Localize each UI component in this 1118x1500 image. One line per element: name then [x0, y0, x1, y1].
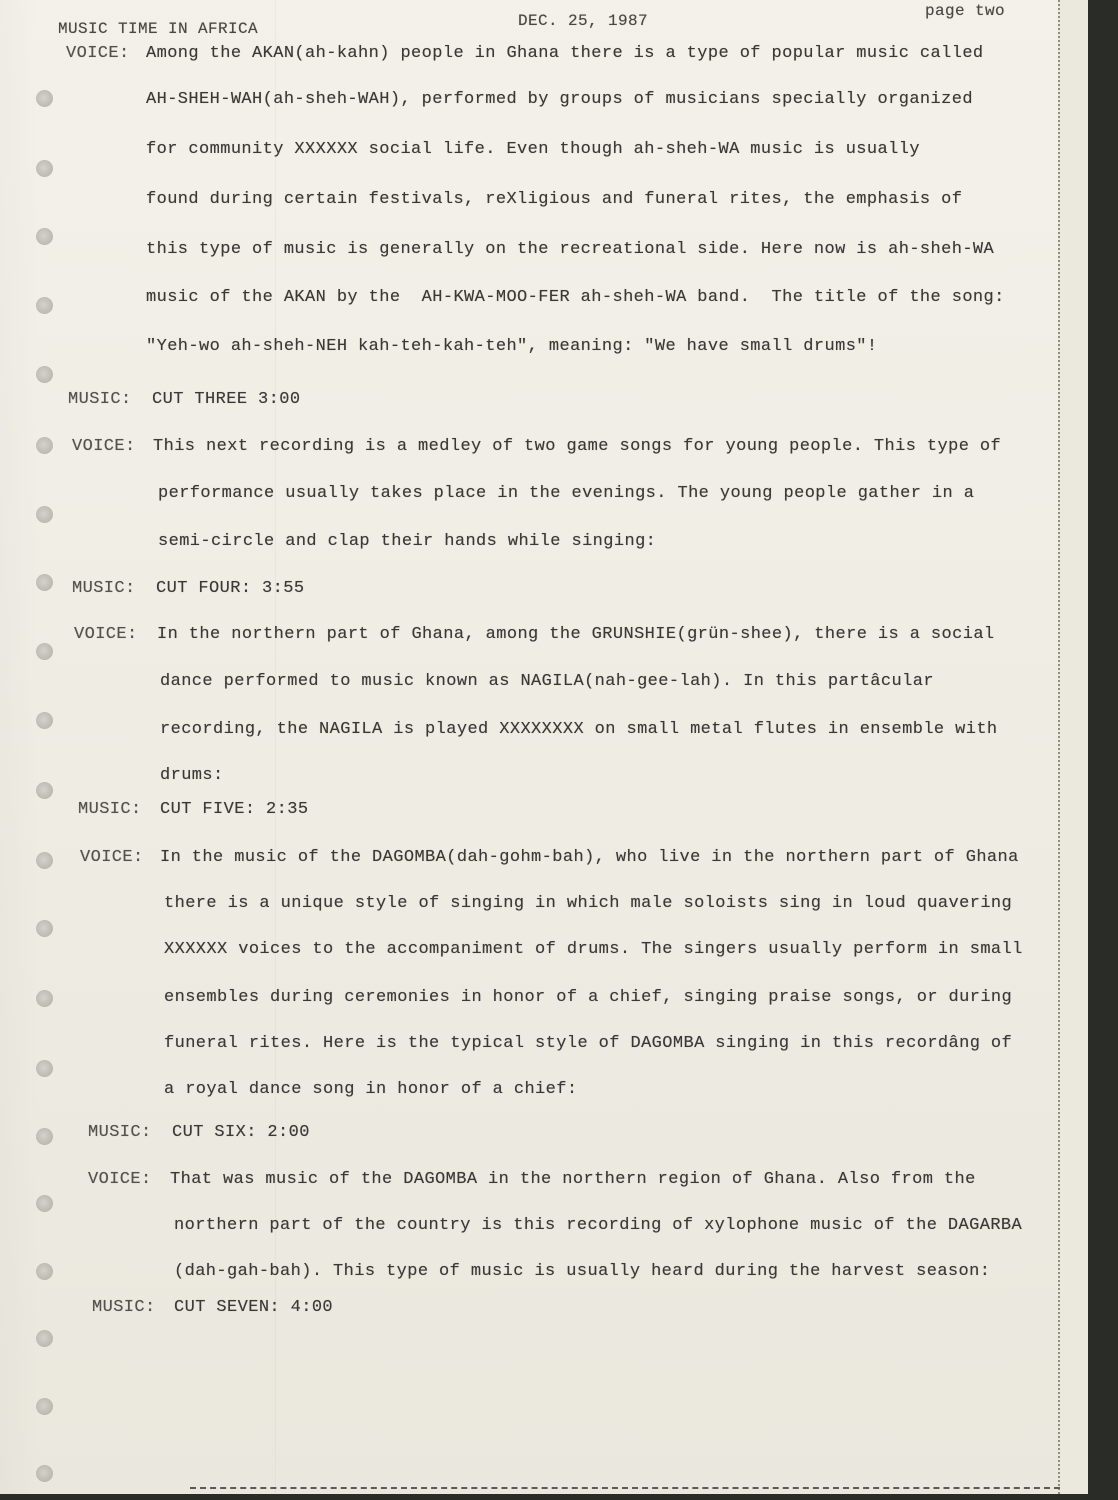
perforated-edge — [1058, 0, 1088, 1494]
script-line: there is a unique style of singing in wh… — [164, 894, 1012, 913]
page-number: page two — [925, 2, 1005, 20]
punch-hole-icon — [36, 1128, 53, 1145]
script-line: In the music of the DAGOMBA(dah-gohm-bah… — [160, 848, 1019, 867]
script-line: for community XXXXXX social life. Even t… — [146, 140, 920, 159]
punch-hole-icon — [36, 990, 53, 1007]
punch-hole-icon — [36, 712, 53, 729]
punch-hole-icon — [36, 1330, 53, 1347]
cue-label-music: MUSIC: — [68, 390, 132, 409]
bottom-perforation — [190, 1487, 1060, 1489]
music-cut: CUT FOUR: 3:55 — [156, 579, 304, 598]
cue-label-voice: VOICE: — [80, 848, 144, 867]
cue-label-voice: VOICE: — [88, 1170, 152, 1189]
punch-hole-icon — [36, 643, 53, 660]
script-line: drums: — [160, 766, 224, 785]
punch-hole-icon — [36, 1263, 53, 1280]
script-line: performance usually takes place in the e… — [158, 484, 974, 503]
punch-hole-icon — [36, 228, 53, 245]
script-line: found during certain festivals, reXligio… — [146, 190, 962, 209]
punch-hole-icon — [36, 437, 53, 454]
punch-hole-icon — [36, 1195, 53, 1212]
script-line: "Yeh-wo ah-sheh-NEH kah-teh-kah-teh", me… — [146, 337, 878, 356]
script-line: funeral rites. Here is the typical style… — [164, 1034, 1012, 1053]
punch-hole-icon — [36, 574, 53, 591]
punch-hole-icon — [36, 782, 53, 799]
script-line: a royal dance song in honor of a chief: — [164, 1080, 577, 1099]
cue-label-music: MUSIC: — [92, 1298, 156, 1317]
punch-hole-icon — [36, 160, 53, 177]
music-cut: CUT SIX: 2:00 — [172, 1123, 310, 1142]
music-cut: CUT SEVEN: 4:00 — [174, 1298, 333, 1317]
script-line: That was music of the DAGOMBA in the nor… — [170, 1170, 976, 1189]
script-line: XXXXXX voices to the accompaniment of dr… — [164, 940, 1023, 959]
cue-label-music: MUSIC: — [88, 1123, 152, 1142]
script-line: dance performed to music known as NAGILA… — [160, 672, 934, 691]
script-line: this type of music is generally on the r… — [146, 240, 994, 259]
cue-label-voice: VOICE: — [72, 437, 136, 456]
script-line: (dah-gah-bah). This type of music is usu… — [174, 1262, 990, 1281]
cue-label-voice: VOICE: — [66, 44, 130, 63]
cue-label-music: MUSIC: — [72, 579, 136, 598]
broadcast-date: DEC. 25, 1987 — [518, 12, 648, 30]
cue-label-music: MUSIC: — [78, 800, 142, 819]
punch-hole-icon — [36, 852, 53, 869]
punch-hole-icon — [36, 1465, 53, 1482]
script-line: Among the AKAN(ah-kahn) people in Ghana … — [146, 44, 984, 63]
punch-hole-icon — [36, 297, 53, 314]
music-cut: CUT THREE 3:00 — [152, 390, 300, 409]
script-line: In the northern part of Ghana, among the… — [157, 625, 995, 644]
script-line: northern part of the country is this rec… — [174, 1216, 1022, 1235]
typewritten-page: MUSIC TIME IN AFRICA DEC. 25, 1987 page … — [0, 0, 1088, 1494]
script-line: AH-SHEH-WAH(ah-sheh-WAH), performed by g… — [146, 90, 973, 109]
punch-hole-icon — [36, 1060, 53, 1077]
music-cut: CUT FIVE: 2:35 — [160, 800, 308, 819]
script-line: semi-circle and clap their hands while s… — [158, 532, 656, 551]
punch-hole-icon — [36, 1398, 53, 1415]
script-line: music of the AKAN by the AH-KWA-MOO-FER … — [146, 288, 1005, 307]
punch-hole-icon — [36, 90, 53, 107]
program-title: MUSIC TIME IN AFRICA — [58, 20, 258, 38]
script-line: ensembles during ceremonies in honor of … — [164, 988, 1012, 1007]
script-line: This next recording is a medley of two g… — [153, 437, 1001, 456]
punch-hole-icon — [36, 366, 53, 383]
punch-hole-icon — [36, 506, 53, 523]
punch-hole-icon — [36, 920, 53, 937]
script-line: recording, the NAGILA is played XXXXXXXX… — [160, 720, 998, 739]
cue-label-voice: VOICE: — [74, 625, 138, 644]
